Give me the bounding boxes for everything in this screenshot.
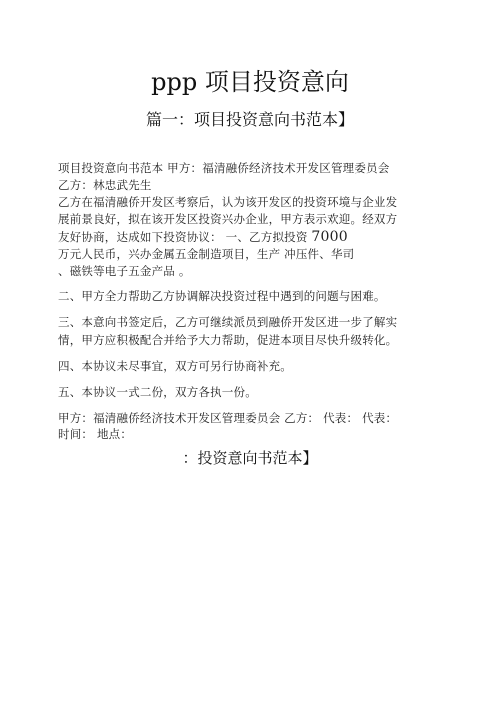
- time-place-line: 时间： 地点：: [58, 426, 132, 443]
- signature-line: 甲方：福清融侨经济技术开发区管理委员会 乙方： 代表： 代表：: [58, 410, 397, 427]
- clause-4: 四、本协议未尽事宜，双方可另行协商补充。: [58, 358, 292, 375]
- text-line: 、磁铁等电子五金产品 。: [58, 263, 191, 280]
- investment-amount: 7000: [311, 229, 347, 245]
- clause-5: 五、本协议一式二份，双方各执一份。: [58, 384, 257, 401]
- clause-3-line-2: 情，甲方应积极配合并给予大力帮助，促进本项目尽快升级转化。: [58, 332, 397, 349]
- text-line: 乙方在福清融侨开发区考察后，认为该开发区的投资环境与企业发: [58, 194, 397, 211]
- text-line: 展前景良好，拟在该开发区投资兴办企业，甲方表示欢迎。经双方: [58, 211, 397, 228]
- tail-heading: ：投资意向书范本】: [0, 447, 500, 468]
- document-subtitle: 篇一：项目投资意向书范本】: [0, 107, 500, 130]
- text-line: 乙方：林忠武先生: [58, 177, 152, 194]
- text-line: 万元人民币，兴办金属五金制造项目，生产 冲压件、华司: [58, 246, 354, 263]
- text-line: 项目投资意向书范本 甲方：福清融侨经济技术开发区管理委员会: [58, 160, 389, 177]
- text-line: 友好协商，达成如下投资协议： 一、乙方拟投资 7000: [58, 229, 348, 246]
- document-title: ppp 项目投资意向: [0, 62, 500, 97]
- text-segment: 友好协商，达成如下投资协议： 一、乙方拟投资: [58, 230, 308, 244]
- clause-3-line-1: 三、本意向书签定后，乙方可继续派员到融侨开发区进一步了解实: [58, 314, 397, 331]
- clause-2: 二、甲方全力帮助乙方协调解决投资过程中遇到的问题与困难。: [58, 288, 386, 305]
